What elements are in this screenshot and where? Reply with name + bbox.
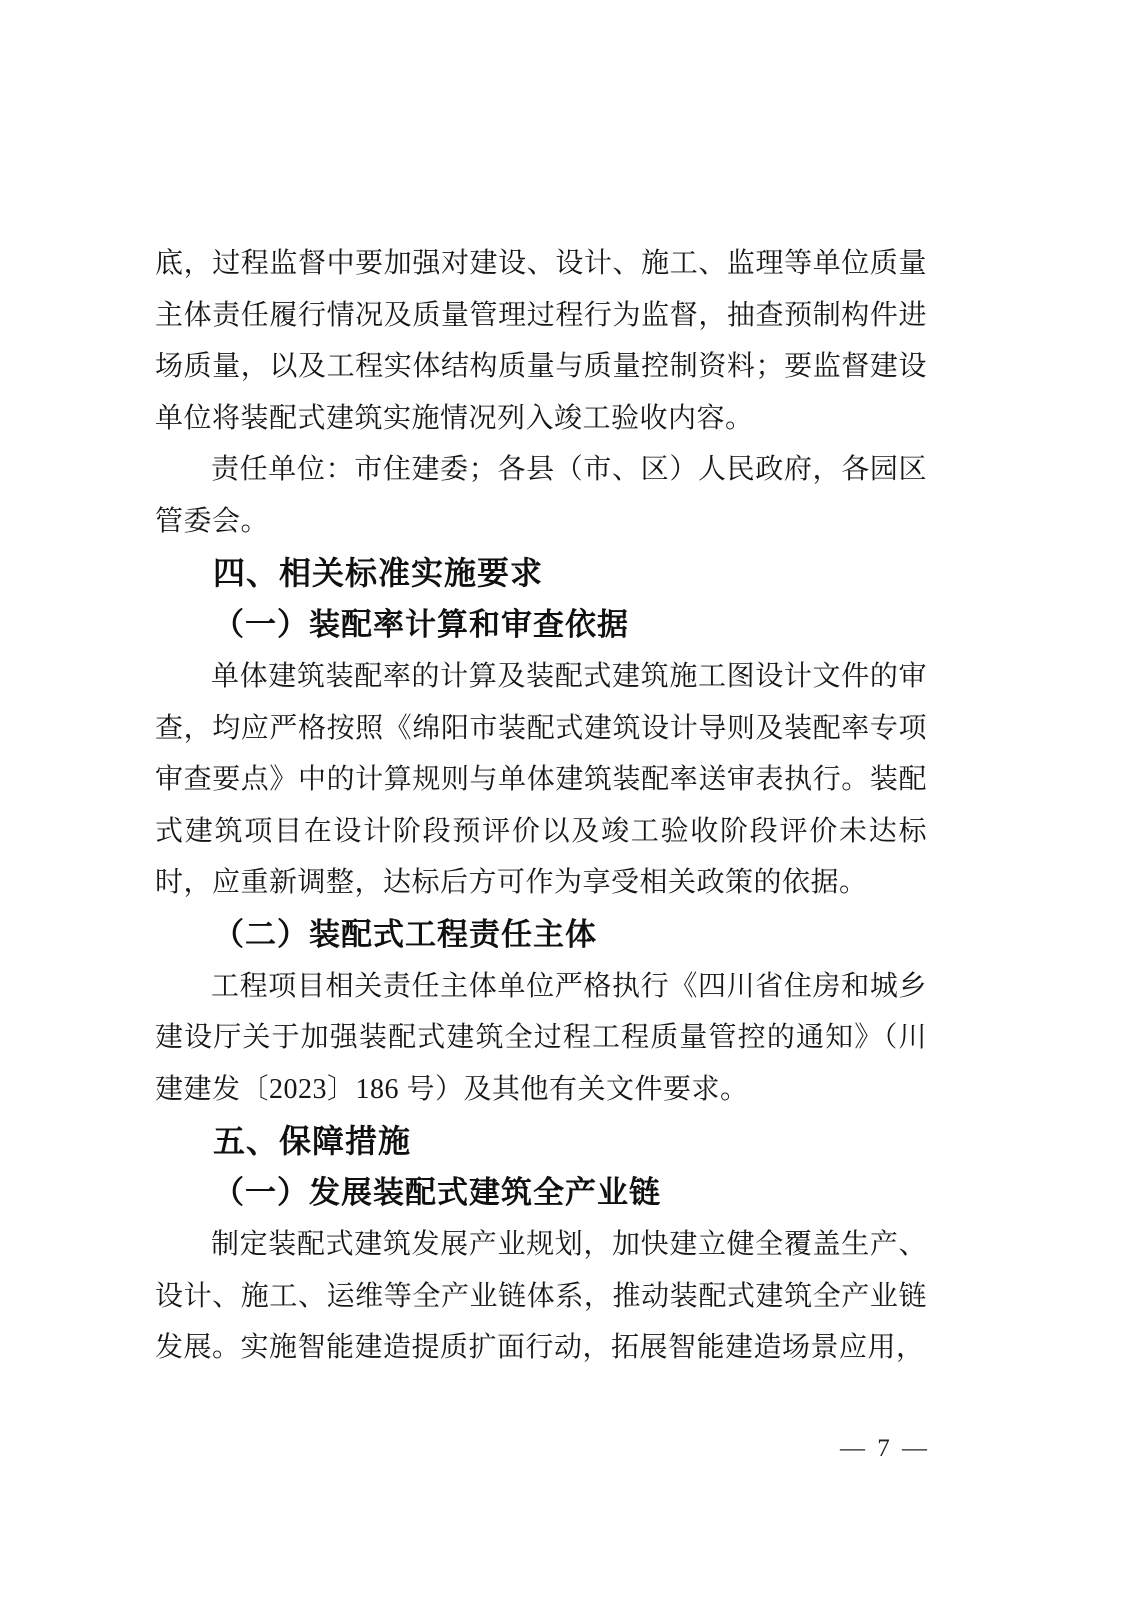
paragraph-continuation: 底，过程监督中要加强对建设、设计、施工、监理等单位质量主体责任履行情况及质量管理…: [155, 238, 927, 444]
subsection-heading-four-one: （一）装配率计算和审查依据: [155, 599, 927, 651]
section-heading-five: 五、保障措施: [155, 1115, 927, 1167]
paragraph-responsibility-entities: 工程项目相关责任主体单位严格执行《四川省住房和城乡建设厅关于加强装配式建筑全过程…: [155, 961, 927, 1116]
document-body: 底，过程监督中要加强对建设、设计、施工、监理等单位质量主体责任履行情况及质量管理…: [155, 238, 927, 1374]
section-heading-four: 四、相关标准实施要求: [155, 547, 927, 599]
subsection-heading-four-two: （二）装配式工程责任主体: [155, 909, 927, 961]
paragraph-industry-chain: 制定装配式建筑发展产业规划，加快建立健全覆盖生产、设计、施工、运维等全产业链体系…: [155, 1219, 927, 1374]
paragraph-assembly-rate-calculation: 单体建筑装配率的计算及装配式建筑施工图设计文件的审查，均应严格按照《绵阳市装配式…: [155, 651, 927, 909]
subsection-heading-five-one: （一）发展装配式建筑全产业链: [155, 1167, 927, 1219]
document-page: 底，过程监督中要加强对建设、设计、施工、监理等单位质量主体责任履行情况及质量管理…: [0, 0, 1130, 1600]
paragraph-responsible-units: 责任单位：市住建委；各县（市、区）人民政府，各园区管委会。: [155, 444, 927, 547]
page-number: — 7 —: [840, 1434, 930, 1464]
